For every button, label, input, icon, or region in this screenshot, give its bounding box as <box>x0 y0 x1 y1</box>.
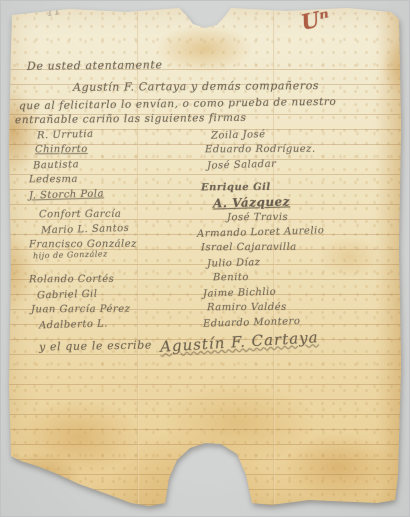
closing-line: y el que le escribeAgustín F. Cartaya <box>39 332 319 355</box>
header-line-author: Agustín F. Cartaya y demás compañeros <box>73 79 319 94</box>
salutation-line: De usted atentamente <box>27 58 163 72</box>
signature: J. Storch Pola <box>29 185 137 203</box>
paper-shadow-wrapper: 11 Uⁿ De usted atentamente Agustín F. Ca… <box>1 1 409 516</box>
cartaya-signature: Agustín F. Cartaya <box>160 328 319 356</box>
signature: Chinforto <box>35 142 137 158</box>
closing-prefix: y el que le escribe <box>39 338 152 353</box>
signature: R. Urrutia <box>37 126 137 144</box>
signature: Juan García Pérez <box>31 302 137 318</box>
signature: Adalberto L. <box>39 316 137 334</box>
signature: hijo de González <box>33 248 137 263</box>
signature-column-left: R. UrrutiaChinfortoBautistaLedesmaJ. Sto… <box>29 127 137 332</box>
red-ink-archival-mark: Uⁿ <box>299 4 333 35</box>
signature: Bautista <box>33 156 137 174</box>
signature: Rolando Cortés <box>29 272 137 288</box>
header-line-4: entrañable cariño las siguientes firmas <box>15 112 247 126</box>
signature: Mario L. Santos <box>41 221 137 239</box>
signature: Gabriel Gil <box>37 286 137 304</box>
signature-column-right: Zoila JoséEduardo Rodríguez.José Saladar… <box>201 127 324 330</box>
signature: José Saladar <box>207 155 325 173</box>
photo-of-letter: 11 Uⁿ De usted atentamente Agustín F. Ca… <box>0 0 410 517</box>
signature: Confort García <box>39 207 137 223</box>
pencil-mark: 11 <box>46 6 61 19</box>
aged-letter-paper: 11 Uⁿ De usted atentamente Agustín F. Ca… <box>9 7 402 507</box>
header-line-3: que al felicitarlo lo envían, o como pru… <box>19 96 337 112</box>
